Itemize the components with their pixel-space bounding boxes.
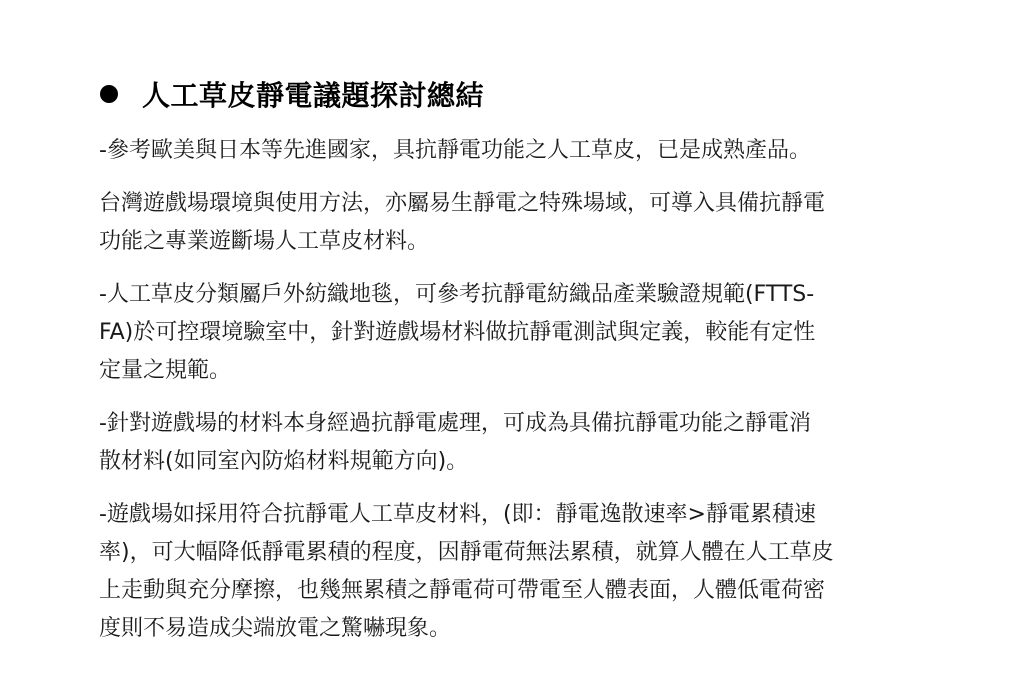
paragraph-line: -人工草皮分類屬戶外紡織地毯，可參考抗靜電紡織品產業驗證規範(FTTS- bbox=[99, 276, 909, 314]
section-heading: 人工草皮靜電議題探討總結 bbox=[100, 74, 484, 114]
paragraph-line: 度則不易造成尖端放電之驚嚇現象。 bbox=[99, 610, 909, 648]
paragraph-line: 上走動與充分摩擦，也幾無累積之靜電荷可帶電至人體表面，人體低電荷密 bbox=[99, 572, 909, 610]
paragraph-3: -人工草皮分類屬戶外紡織地毯，可參考抗靜電紡織品產業驗證規範(FTTS- FA)… bbox=[99, 276, 909, 390]
paragraph-line: 散材料(如同室內防焰材料規範方向)。 bbox=[99, 443, 909, 481]
paragraph-line: FA)於可控環境驗室中，針對遊戲場材料做抗靜電測試與定義，較能有定性 bbox=[99, 314, 909, 352]
body-text: -參考歐美與日本等先進國家，具抗靜電功能之人工草皮，已是成熟產品。 台灣遊戲場環… bbox=[99, 132, 909, 663]
paragraph-line: -參考歐美與日本等先進國家，具抗靜電功能之人工草皮，已是成熟產品。 bbox=[99, 132, 909, 170]
heading-title: 人工草皮靜電議題探討總結 bbox=[142, 74, 484, 114]
paragraph-line: 定量之規範。 bbox=[99, 352, 909, 390]
paragraph-line: -遊戲場如採用符合抗靜電人工草皮材料，(即：靜電逸散速率>靜電累積速 bbox=[99, 496, 909, 534]
paragraph-line: 功能之專業遊斷場人工草皮材料。 bbox=[99, 223, 909, 261]
paragraph-line: 台灣遊戲場環境與使用方法，亦屬易生靜電之特殊場域，可導入具備抗靜電 bbox=[99, 185, 909, 223]
paragraph-5: -遊戲場如採用符合抗靜電人工草皮材料，(即：靜電逸散速率>靜電累積速 率)，可大… bbox=[99, 496, 909, 648]
bullet-icon bbox=[100, 85, 118, 103]
paragraph-line: -針對遊戲場的材料本身經過抗靜電處理，可成為具備抗靜電功能之靜電消 bbox=[99, 405, 909, 443]
paragraph-line: 率)，可大幅降低靜電累積的程度，因靜電荷無法累積，就算人體在人工草皮 bbox=[99, 534, 909, 572]
document-slide: 人工草皮靜電議題探討總結 -參考歐美與日本等先進國家，具抗靜電功能之人工草皮，已… bbox=[0, 0, 1024, 695]
paragraph-2: 台灣遊戲場環境與使用方法，亦屬易生靜電之特殊場域，可導入具備抗靜電 功能之專業遊… bbox=[99, 185, 909, 261]
paragraph-1: -參考歐美與日本等先進國家，具抗靜電功能之人工草皮，已是成熟產品。 bbox=[99, 132, 909, 170]
paragraph-4: -針對遊戲場的材料本身經過抗靜電處理，可成為具備抗靜電功能之靜電消 散材料(如同… bbox=[99, 405, 909, 481]
